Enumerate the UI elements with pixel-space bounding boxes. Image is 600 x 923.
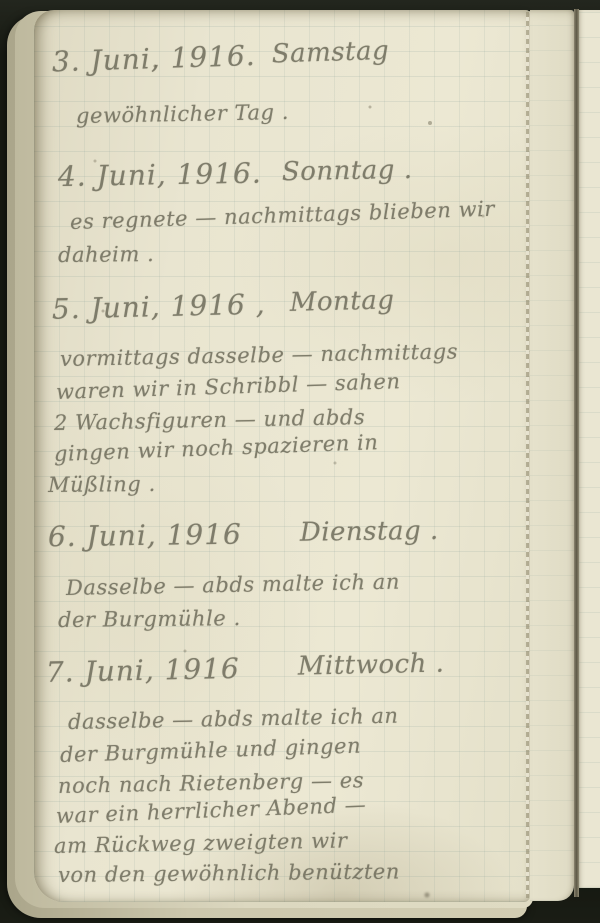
- entry-text-line: gingen wir noch spazieren in: [54, 430, 379, 466]
- diary-entry-header: 5. Juni, 1916 , Montag: [52, 281, 523, 338]
- diary-entry-header: 3. Juni, 1916. Samstag: [51, 31, 522, 92]
- entry-text-line: gewöhnlicher Tag .: [76, 100, 289, 128]
- entry-date: 7. Juni, 1916: [46, 652, 241, 689]
- entry-date: 5. Juni, 1916 ,: [52, 288, 266, 326]
- entry-date: 3. Juni, 1916.: [51, 39, 256, 78]
- entry-text-line: vormittags dasselbe — nachmittags: [60, 339, 458, 371]
- entry-weekday: Sonntag .: [282, 155, 413, 187]
- entry-text-line: 2 Wachsfiguren — und abds: [54, 405, 366, 435]
- entry-text-line: Müßling .: [48, 472, 156, 497]
- photo-background: 3. Juni, 1916. Samstag gewöhnlicher Tag …: [0, 0, 600, 923]
- entry-weekday: Dienstag .: [300, 516, 439, 548]
- entry-text-line: der Burgmühle und gingen: [60, 734, 362, 767]
- diary-entry-header: 6. Juni, 1916 Dienstag .: [48, 514, 519, 567]
- entry-weekday: Samstag: [271, 36, 389, 70]
- next-page-edge: [579, 10, 600, 888]
- entry-text-line: der Burgmühle .: [58, 606, 241, 632]
- entry-date: 6. Juni, 1916: [48, 518, 242, 554]
- entry-weekday: Mittwoch .: [298, 649, 445, 682]
- entry-text-line: waren wir in Schribbl — sahen: [56, 369, 401, 404]
- entry-text-line: dasselbe — abds malte ich an: [68, 704, 399, 734]
- entry-date: 4. Juni, 1916.: [58, 157, 262, 194]
- entry-text-line: Dasselbe — abds malte ich an: [66, 570, 400, 600]
- entry-text-line: von den gewöhnlich benützten: [58, 859, 400, 887]
- entry-text-line: am Rückweg zweigten wir: [54, 828, 348, 858]
- torn-page-stub: [530, 10, 574, 901]
- diary-entry-header: 7. Juni, 1916 Mittwoch .: [46, 646, 517, 702]
- perforated-edge: [526, 12, 529, 898]
- paper-specks: [34, 10, 36, 12]
- entry-text-line: daheim .: [58, 242, 155, 267]
- entry-text-line: war ein herrlicher Abend —: [56, 793, 367, 828]
- diary-page: 3. Juni, 1916. Samstag gewöhnlicher Tag …: [34, 10, 530, 902]
- entry-weekday: Montag: [289, 285, 394, 318]
